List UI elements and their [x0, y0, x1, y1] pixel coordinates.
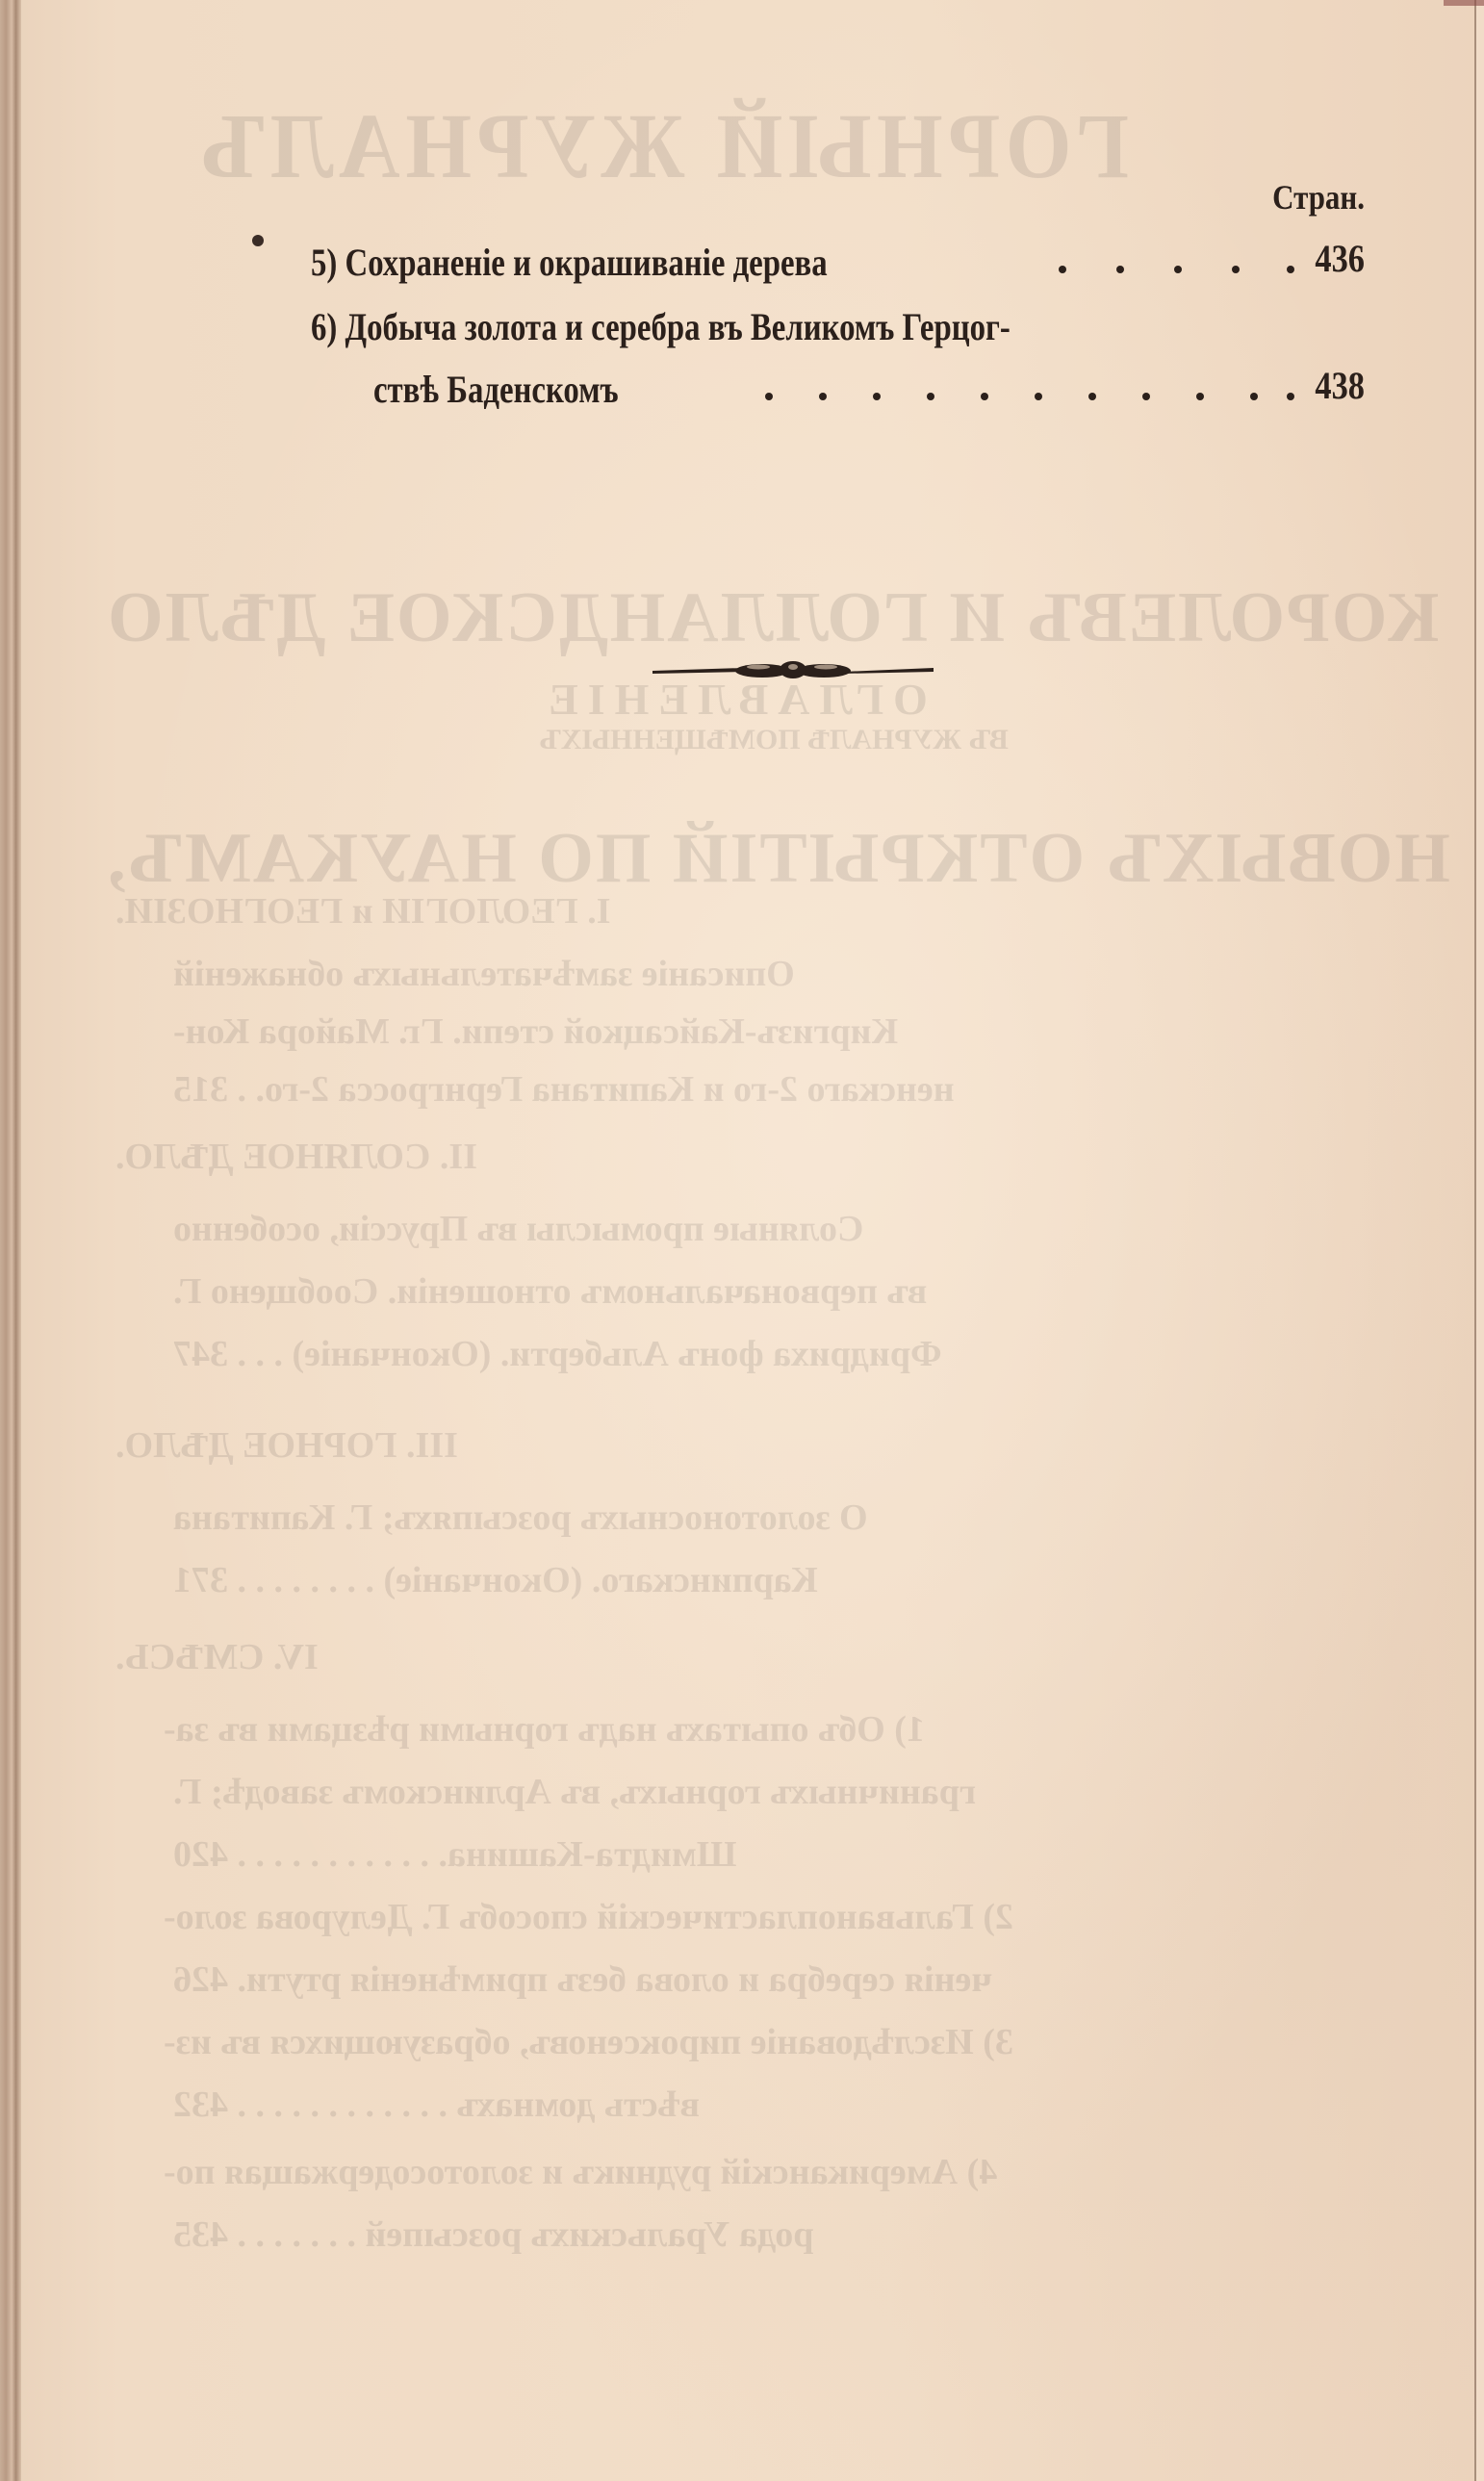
- leader-dot: [1142, 393, 1150, 400]
- top-corner-mark: [1444, 0, 1484, 6]
- toc-entry-6: 6) Добыча золота и серебра въ Великомъ Г…: [311, 308, 1011, 346]
- leader-dot: [1196, 393, 1204, 400]
- page-right-margin: [1476, 0, 1484, 2481]
- leader-dot: [981, 393, 988, 400]
- toc-entry-title: Сохраненіе и окрашиваніе дерева: [345, 241, 828, 284]
- leader-dot: [1250, 393, 1258, 400]
- toc-entry-number: 5): [311, 241, 337, 284]
- page-column-header: Стран.: [1267, 177, 1365, 217]
- toc-entry-5: 5) Сохраненіе и окрашиваніе дерева: [311, 243, 828, 282]
- toc-entry-6-page: 438: [1300, 367, 1365, 405]
- leader-dot: [1116, 266, 1124, 273]
- leader-dot: [1232, 266, 1240, 273]
- leader-dot: [819, 393, 827, 400]
- ornament-rule-icon: [651, 656, 935, 681]
- toc-entry-number: 6): [311, 305, 337, 348]
- toc-entry-6-continuation: ствѣ Баденскомъ: [373, 371, 619, 409]
- leader-dot: [765, 393, 773, 400]
- leader-dot: [1287, 393, 1294, 400]
- leader-dot: [1035, 393, 1042, 400]
- toc-entry-5-page: 436: [1300, 240, 1365, 278]
- leader-dot: [1088, 393, 1096, 400]
- page-right-edge: [1474, 0, 1476, 2481]
- leader-dot: [1287, 266, 1294, 273]
- leader-dot: [1174, 266, 1182, 273]
- ink-speck: [252, 235, 264, 246]
- toc-entry-title: Добыча золота и серебра въ Великомъ Герц…: [345, 305, 1011, 348]
- leader-dot: [927, 393, 934, 400]
- leader-dot: [1059, 266, 1066, 273]
- paper-background: [0, 0, 1484, 2481]
- leader-dot: [873, 393, 881, 400]
- page-left-edge: [0, 0, 21, 2481]
